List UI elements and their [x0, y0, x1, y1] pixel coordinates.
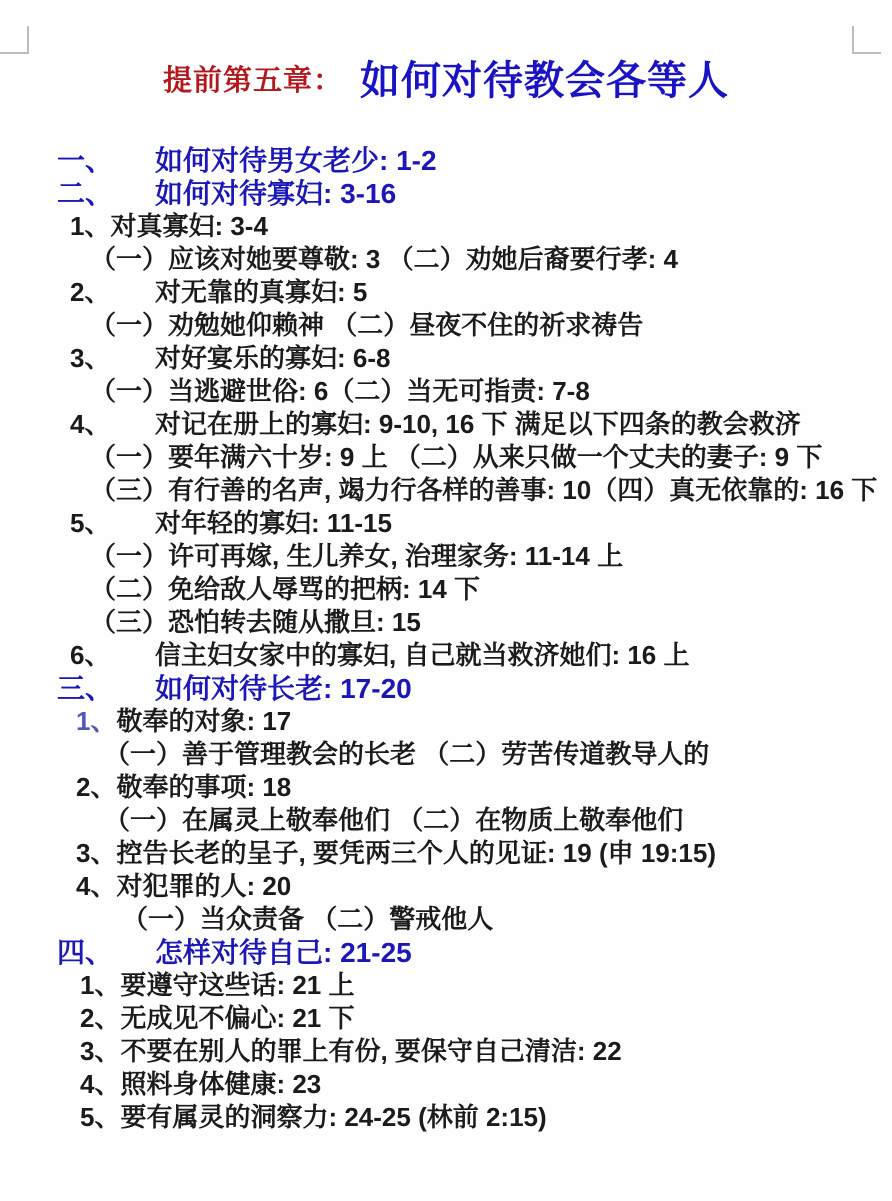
outline-line: 5、对年轻的寡妇: 11-15 — [0, 507, 892, 540]
outline-line-number: 4、 — [76, 871, 116, 901]
outline-line-text: 无成见不偏心: 21 下 — [120, 1003, 354, 1033]
outline-line-text: 对记在册上的寡妇: 9-10, 16 下 满足以下四条的教会救济 — [155, 409, 801, 439]
outline-line-number: 1、 — [76, 706, 116, 736]
outline-line: 1、要遵守这些话: 21 上 — [0, 969, 892, 1002]
outline-line-number: 2、 — [70, 276, 155, 309]
outline-line-text: （三）有行善的名声, 竭力行各样的善事: 10（四）真无依靠的: 16 下 — [90, 475, 877, 505]
outline-line-number: 3、 — [70, 342, 155, 375]
outline-line-number: 四、 — [57, 936, 155, 969]
outline-line-text: 对年轻的寡妇: 11-15 — [155, 508, 392, 538]
outline-line-text: 控告长老的呈子, 要凭两三个人的见证: 19 (申 19:15) — [116, 838, 716, 868]
outline-line: （二）免给敌人辱骂的把柄: 14 下 — [0, 573, 892, 606]
outline-line-text: （一）善于管理教会的长老 （二）劳苦传道教导人的 — [104, 739, 709, 769]
outline-line-text: 敬奉的事项: 18 — [116, 772, 291, 802]
outline-line-text: 如何对待长老: 17-20 — [155, 673, 412, 704]
outline-line-text: 如何对待男女老少: 1-2 — [155, 145, 437, 176]
outline-line-number: 5、 — [80, 1102, 120, 1132]
outline-line: 1、对真寡妇: 3-4 — [0, 210, 892, 243]
title-main-text: 如何对待教会各等人 — [360, 59, 729, 103]
outline-line-number: 一、 — [57, 144, 155, 177]
outline-line: 3、对好宴乐的寡妇: 6-8 — [0, 342, 892, 375]
outline-line-text: 要有属灵的洞察力: 24-25 (林前 2:15) — [120, 1102, 546, 1132]
outline-line: （一）当众责备 （二）警戒他人 — [0, 903, 892, 936]
outline-list: 一、如何对待男女老少: 1-2二、如何对待寡妇: 3-161、对真寡妇: 3-4… — [0, 144, 892, 1134]
outline-line: （一）当逃避世俗: 6（二）当无可指责: 7-8 — [0, 375, 892, 408]
outline-line-text: （二）免给敌人辱骂的把柄: 14 下 — [90, 574, 480, 604]
outline-line: （一）许可再嫁, 生儿养女, 治理家务: 11-14 上 — [0, 540, 892, 573]
outline-line: 1、敬奉的对象: 17 — [0, 705, 892, 738]
outline-line-text: 对好宴乐的寡妇: 6-8 — [155, 343, 390, 373]
text-boundary-corner-left-icon — [0, 26, 29, 54]
outline-line-number: 三、 — [57, 672, 155, 705]
outline-line: 4、对记在册上的寡妇: 9-10, 16 下 满足以下四条的教会救济 — [0, 408, 892, 441]
outline-line: （一）善于管理教会的长老 （二）劳苦传道教导人的 — [0, 738, 892, 771]
outline-line-text: 敬奉的对象: 17 — [116, 706, 291, 736]
outline-line: （一）在属灵上敬奉他们 （二）在物质上敬奉他们 — [0, 804, 892, 837]
outline-line-number: 2、 — [80, 1003, 120, 1033]
outline-line-number: 5、 — [70, 507, 155, 540]
outline-line-number: 3、 — [76, 838, 116, 868]
outline-line: 3、控告长老的呈子, 要凭两三个人的见证: 19 (申 19:15) — [0, 837, 892, 870]
outline-line-text: （一）许可再嫁, 生儿养女, 治理家务: 11-14 上 — [90, 541, 623, 571]
outline-line-text: （一）劝勉她仰赖神 （二）昼夜不住的祈求祷告 — [90, 310, 643, 340]
outline-line: 2、无成见不偏心: 21 下 — [0, 1002, 892, 1035]
outline-line-number: 二、 — [57, 177, 155, 210]
outline-line-text: 要遵守这些话: 21 上 — [120, 970, 354, 1000]
outline-line: 2、对无靠的真寡妇: 5 — [0, 276, 892, 309]
outline-line-number: 4、 — [70, 408, 155, 441]
outline-line-number: 3、 — [80, 1036, 120, 1066]
outline-line: 3、不要在别人的罪上有份, 要保守自己清洁: 22 — [0, 1035, 892, 1068]
outline-line: 2、敬奉的事项: 18 — [0, 771, 892, 804]
page-title: 提前第五章： 如何对待教会各等人 — [0, 0, 892, 106]
outline-line-text: 如何对待寡妇: 3-16 — [155, 178, 396, 209]
outline-line: 5、要有属灵的洞察力: 24-25 (林前 2:15) — [0, 1101, 892, 1134]
outline-line-text: （一）在属灵上敬奉他们 （二）在物质上敬奉他们 — [104, 805, 683, 835]
outline-line: 4、对犯罪的人: 20 — [0, 870, 892, 903]
title-chapter-label: 提前第五章： — [163, 65, 343, 97]
outline-line: 二、如何对待寡妇: 3-16 — [0, 177, 892, 210]
outline-line-text: 对真寡妇: 3-4 — [110, 211, 267, 241]
document-page: 提前第五章： 如何对待教会各等人 一、如何对待男女老少: 1-2二、如何对待寡妇… — [0, 0, 892, 1201]
outline-line: 6、信主妇女家中的寡妇, 自己就当救济她们: 16 上 — [0, 639, 892, 672]
outline-line-text: 对犯罪的人: 20 — [116, 871, 291, 901]
outline-line: 4、照料身体健康: 23 — [0, 1068, 892, 1101]
outline-line: 四、怎样对待自己: 21-25 — [0, 936, 892, 969]
outline-line-text: （三）恐怕转去随从撒旦: 15 — [90, 607, 421, 637]
outline-line: 一、如何对待男女老少: 1-2 — [0, 144, 892, 177]
outline-line-number: 2、 — [76, 772, 116, 802]
outline-line-text: 信主妇女家中的寡妇, 自己就当救济她们: 16 上 — [155, 640, 689, 670]
outline-line-number: 1、 — [70, 211, 110, 241]
outline-line-number: 4、 — [80, 1069, 120, 1099]
outline-line-text: 怎样对待自己: 21-25 — [155, 937, 412, 968]
outline-line: 三、如何对待长老: 17-20 — [0, 672, 892, 705]
outline-line-text: （一）应该对她要尊敬: 3 （二）劝她后裔要行孝: 4 — [90, 244, 678, 274]
text-boundary-corner-right-icon — [852, 26, 881, 54]
outline-line-text: 对无靠的真寡妇: 5 — [155, 277, 367, 307]
outline-line-text: 不要在别人的罪上有份, 要保守自己清洁: 22 — [120, 1036, 621, 1066]
outline-line-text: （一）当众责备 （二）警戒他人 — [122, 904, 493, 934]
outline-line-text: 照料身体健康: 23 — [120, 1069, 321, 1099]
outline-line: （三）恐怕转去随从撒旦: 15 — [0, 606, 892, 639]
outline-line-text: （一）当逃避世俗: 6（二）当无可指责: 7-8 — [90, 376, 590, 406]
outline-line: （一）应该对她要尊敬: 3 （二）劝她后裔要行孝: 4 — [0, 243, 892, 276]
outline-line: （一）要年满六十岁: 9 上 （二）从来只做一个丈夫的妻子: 9 下 — [0, 441, 892, 474]
outline-line: （一）劝勉她仰赖神 （二）昼夜不住的祈求祷告 — [0, 309, 892, 342]
outline-line: （三）有行善的名声, 竭力行各样的善事: 10（四）真无依靠的: 16 下 — [0, 474, 892, 507]
outline-line-number: 6、 — [70, 639, 155, 672]
outline-line-number: 1、 — [80, 970, 120, 1000]
outline-line-text: （一）要年满六十岁: 9 上 （二）从来只做一个丈夫的妻子: 9 下 — [90, 442, 822, 472]
